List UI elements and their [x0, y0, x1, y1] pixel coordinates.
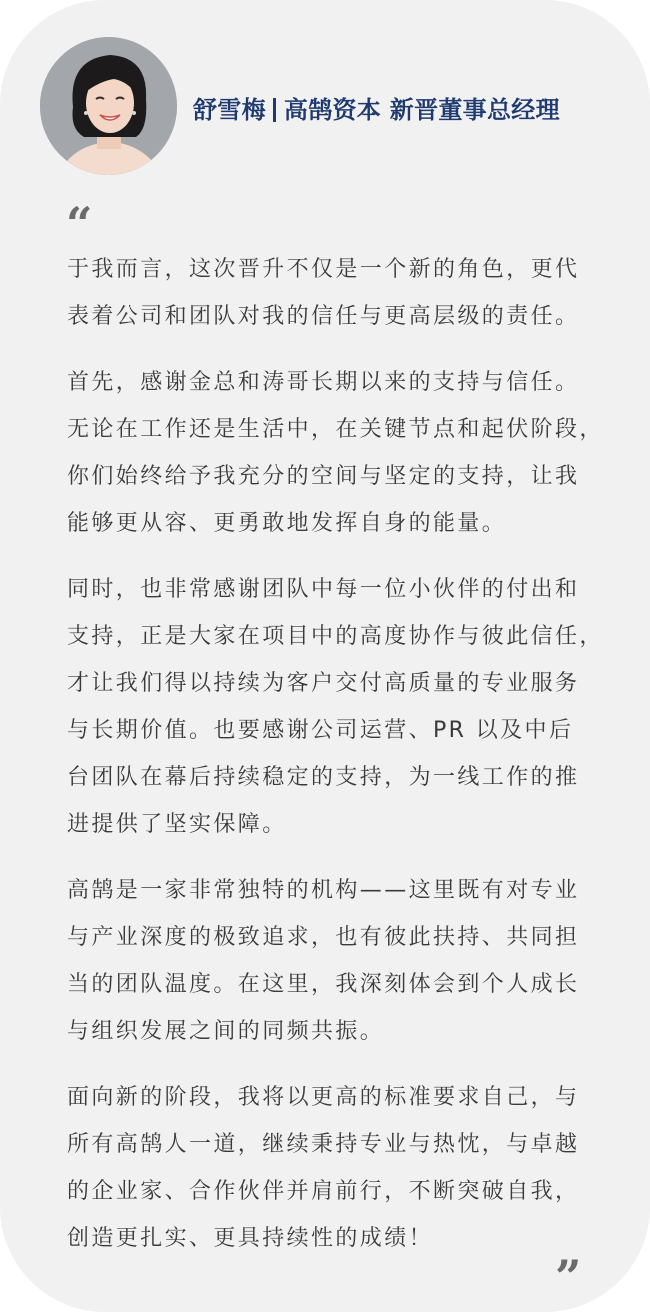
text-line: 首先，感谢金总和涛哥长期以来的支持与信任。	[67, 359, 595, 406]
quote-body: 于我而言，这次晋升不仅是一个新的角色，更代 表着公司和团队对我的信任与更高层级的…	[67, 246, 595, 1281]
text-line: 无论在工作还是生活中，在关键节点和起伏阶段，	[67, 406, 595, 453]
quote-paragraph: 同时，也非常感谢团队中每一位小伙伴的付出和 支持，正是大家在项目中的高度协作与彼…	[67, 566, 595, 848]
text-line: 高鹄是一家非常独特的机构——这里既有对专业	[67, 867, 595, 914]
job-title: 新晋董事总经理	[390, 96, 560, 124]
close-quote-icon: ”	[555, 1254, 581, 1300]
title-separator	[273, 98, 276, 122]
person-name: 舒雪梅	[193, 96, 266, 124]
organization-name: 高鹄资本	[284, 96, 381, 124]
quote-card: 舒雪梅高鹄资本 新晋董事总经理 “ 于我而言，这次晋升不仅是一个新的角色，更代 …	[0, 0, 650, 1312]
portrait-photo-icon	[40, 37, 177, 175]
avatar	[40, 37, 177, 175]
text-line: 台团队在幕后持续稳定的支持，为一线工作的推	[67, 754, 595, 801]
open-quote-icon: “	[66, 201, 92, 247]
text-line: 支持，正是大家在项目中的高度协作与彼此信任，	[67, 613, 595, 660]
text-line: 当的团队温度。在这里，我深刻体会到个人成长	[67, 961, 595, 1008]
text-line: 才让我们得以持续为客户交付高质量的专业服务	[67, 660, 595, 707]
text-line: 创造更扎实、更具持续性的成绩！	[67, 1215, 595, 1262]
text-line: 表着公司和团队对我的信任与更高层级的责任。	[67, 293, 595, 340]
quote-paragraph: 面向新的阶段，我将以更高的标准要求自己，与 所有高鹄人一道，继续秉持专业与热忱，…	[67, 1074, 595, 1262]
quote-paragraph: 首先，感谢金总和涛哥长期以来的支持与信任。 无论在工作还是生活中，在关键节点和起…	[67, 359, 595, 547]
text-line: 面向新的阶段，我将以更高的标准要求自己，与	[67, 1074, 595, 1121]
text-line: 与组织发展之间的同频共振。	[67, 1008, 595, 1055]
text-line: 与长期价值。也要感谢公司运营、PR 以及中后	[67, 707, 595, 754]
quote-paragraph: 于我而言，这次晋升不仅是一个新的角色，更代 表着公司和团队对我的信任与更高层级的…	[67, 246, 595, 340]
quote-paragraph: 高鹄是一家非常独特的机构——这里既有对专业 与产业深度的极致追求，也有彼此扶持、…	[67, 867, 595, 1055]
text-line: 所有高鹄人一道，继续秉持专业与热忱，与卓越	[67, 1121, 595, 1168]
text-line: 能够更从容、更勇敢地发挥自身的能量。	[67, 500, 595, 547]
text-line: 与产业深度的极致追求，也有彼此扶持、共同担	[67, 914, 595, 961]
text-line: 你们始终给予我充分的空间与坚定的支持，让我	[67, 453, 595, 500]
text-line: 进提供了坚实保障。	[67, 801, 595, 848]
page-title: 舒雪梅高鹄资本 新晋董事总经理	[193, 94, 613, 126]
text-line: 同时，也非常感谢团队中每一位小伙伴的付出和	[67, 566, 595, 613]
text-line: 于我而言，这次晋升不仅是一个新的角色，更代	[67, 246, 595, 293]
text-line: 的企业家、合作伙伴并肩前行，不断突破自我，	[67, 1168, 595, 1215]
